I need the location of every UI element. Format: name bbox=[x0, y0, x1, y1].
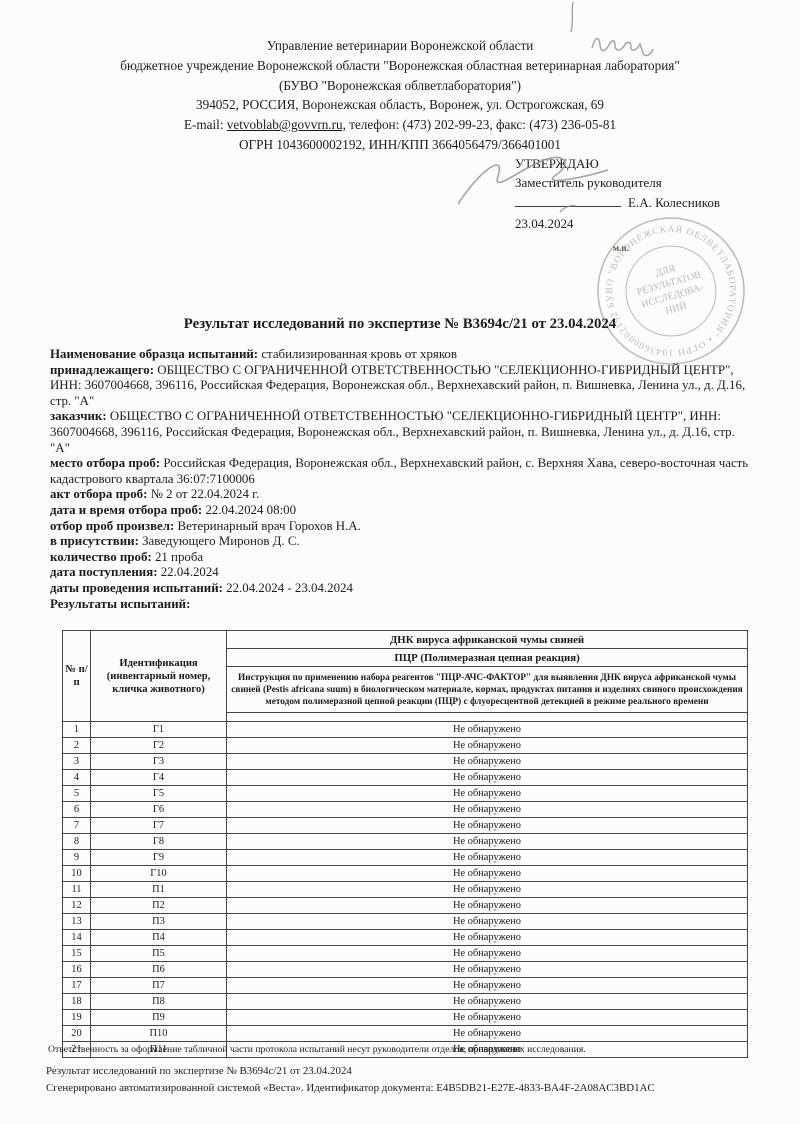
row-result: Не обнаружено bbox=[227, 1010, 748, 1026]
row-result: Не обнаружено bbox=[227, 866, 748, 882]
row-id: Г9 bbox=[91, 850, 227, 866]
table-row: 3Г3Не обнаружено bbox=[63, 754, 748, 770]
field-label: дата и время отбора проб: bbox=[50, 503, 202, 517]
row-result: Не обнаружено bbox=[227, 978, 748, 994]
row-id: П1 bbox=[91, 882, 227, 898]
row-number: 19 bbox=[63, 1010, 91, 1026]
row-result: Не обнаружено bbox=[227, 802, 748, 818]
row-id: П7 bbox=[91, 978, 227, 994]
field-line: Результаты испытаний: bbox=[50, 597, 752, 613]
row-id: Г4 bbox=[91, 770, 227, 786]
approver-position: Заместитель руководителя bbox=[515, 173, 720, 192]
row-number: 12 bbox=[63, 898, 91, 914]
table-row: 20П10Не обнаружено bbox=[63, 1026, 748, 1042]
row-number: 15 bbox=[63, 946, 91, 962]
table-row: 8Г8Не обнаружено bbox=[63, 834, 748, 850]
row-id: П10 bbox=[91, 1026, 227, 1042]
row-number: 7 bbox=[63, 818, 91, 834]
row-number: 10 bbox=[63, 866, 91, 882]
field-line: дата и время отбора проб: 22.04.2024 08:… bbox=[50, 503, 752, 519]
row-id: Г2 bbox=[91, 738, 227, 754]
stamp-center-line3: ИССЛЕДОВА- bbox=[640, 282, 704, 310]
signature-line bbox=[515, 195, 621, 207]
stamp-center-line2: РЕЗУЛЬТАТОВ bbox=[636, 269, 703, 298]
stamp-center-line4: НИЙ bbox=[664, 300, 688, 318]
field-label: принадлежащего: bbox=[50, 363, 154, 377]
email-link[interactable]: vetvoblab@govvrn.ru, bbox=[227, 117, 346, 132]
row-number: 18 bbox=[63, 994, 91, 1010]
phone-fax: телефон: (473) 202-99-23, факс: (473) 23… bbox=[349, 117, 616, 132]
row-result: Не обнаружено bbox=[227, 1026, 748, 1042]
field-line: в присутствии: Заведующего Миронов Д. С. bbox=[50, 534, 752, 550]
field-line: заказчик: ОБЩЕСТВО С ОГРАНИЧЕННОЙ ОТВЕТС… bbox=[50, 409, 752, 456]
column-header-spacer bbox=[227, 713, 748, 722]
org-header: Управление ветеринарии Воронежской облас… bbox=[0, 36, 800, 155]
table-row: 9Г9Не обнаружено bbox=[63, 850, 748, 866]
stamp-center-line1: ДЛЯ bbox=[654, 263, 677, 279]
row-id: П4 bbox=[91, 930, 227, 946]
table-row: 10Г10Не обнаружено bbox=[63, 866, 748, 882]
field-label: даты проведения испытаний: bbox=[50, 581, 223, 595]
row-id: П5 bbox=[91, 946, 227, 962]
row-number: 4 bbox=[63, 770, 91, 786]
stamp-place-mark: м.п. bbox=[613, 243, 629, 253]
table-row: 7Г7Не обнаружено bbox=[63, 818, 748, 834]
column-header-id: Идентификация (инвентарный номер, кличка… bbox=[91, 631, 227, 722]
row-result: Не обнаружено bbox=[227, 786, 748, 802]
approve-heading: УТВЕРЖДАЮ bbox=[515, 154, 720, 173]
results-table: № п/п Идентификация (инвентарный номер, … bbox=[62, 630, 748, 1058]
row-number: 8 bbox=[63, 834, 91, 850]
approval-block: УТВЕРЖДАЮ Заместитель руководителя Е.А. … bbox=[515, 154, 720, 233]
table-row: 1Г1Не обнаружено bbox=[63, 722, 748, 738]
row-id: Г6 bbox=[91, 802, 227, 818]
footer-block: Результат исследований по экспертизе № В… bbox=[46, 1063, 655, 1096]
row-result: Не обнаружено bbox=[227, 738, 748, 754]
table-row: 13П3Не обнаружено bbox=[63, 914, 748, 930]
field-line: отбор проб произвел: Ветеринарный врач Г… bbox=[50, 519, 752, 535]
row-result: Не обнаружено bbox=[227, 882, 748, 898]
row-number: 2 bbox=[63, 738, 91, 754]
row-id: Г7 bbox=[91, 818, 227, 834]
row-result: Не обнаружено bbox=[227, 850, 748, 866]
row-number: 16 bbox=[63, 962, 91, 978]
field-label: отбор проб произвел: bbox=[50, 519, 174, 533]
footer-generated-line: Сгенерировано автоматизированной системо… bbox=[46, 1080, 655, 1097]
row-result: Не обнаружено bbox=[227, 722, 748, 738]
row-number: 3 bbox=[63, 754, 91, 770]
field-label: акт отбора проб: bbox=[50, 487, 147, 501]
row-number: 9 bbox=[63, 850, 91, 866]
row-id: Г10 bbox=[91, 866, 227, 882]
results-tbody: 1Г1Не обнаружено2Г2Не обнаружено3Г3Не об… bbox=[63, 722, 748, 1058]
row-number: 6 bbox=[63, 802, 91, 818]
field-line: дата поступления: 22.04.2024 bbox=[50, 565, 752, 581]
row-result: Не обнаружено bbox=[227, 834, 748, 850]
row-number: 11 bbox=[63, 882, 91, 898]
org-contacts: E-mail: vetvoblab@govvrn.ru, телефон: (4… bbox=[0, 115, 800, 135]
document-title: Результат исследований по экспертизе № В… bbox=[0, 316, 800, 333]
signature-row: Е.А. Колесников bbox=[515, 193, 720, 212]
table-row: 16П6Не обнаружено bbox=[63, 962, 748, 978]
field-line: количество проб: 21 проба bbox=[50, 550, 752, 566]
row-number: 17 bbox=[63, 978, 91, 994]
table-row: 14П4Не обнаружено bbox=[63, 930, 748, 946]
row-result: Не обнаружено bbox=[227, 754, 748, 770]
table-row: 11П1Не обнаружено bbox=[63, 882, 748, 898]
column-header-instruction: Инструкция по применению набора реагенто… bbox=[227, 667, 748, 713]
approval-date: 23.04.2024 bbox=[515, 214, 574, 233]
table-row: 19П9Не обнаружено bbox=[63, 1010, 748, 1026]
row-id: П3 bbox=[91, 914, 227, 930]
org-ogrn: ОГРН 1043600002192, ИНН/КПП 3664056479/3… bbox=[0, 135, 800, 155]
field-label: заказчик: bbox=[50, 409, 107, 423]
row-id: П9 bbox=[91, 1010, 227, 1026]
row-result: Не обнаружено bbox=[227, 994, 748, 1010]
row-id: Г5 bbox=[91, 786, 227, 802]
row-result: Не обнаружено bbox=[227, 898, 748, 914]
field-label: количество проб: bbox=[50, 550, 152, 564]
row-result: Не обнаружено bbox=[227, 914, 748, 930]
row-id: П6 bbox=[91, 962, 227, 978]
field-line: Наименование образца испытаний: стабилиз… bbox=[50, 347, 752, 363]
table-row: 6Г6Не обнаружено bbox=[63, 802, 748, 818]
row-id: П2 bbox=[91, 898, 227, 914]
field-line: место отбора проб: Российская Федерация,… bbox=[50, 456, 752, 487]
table-row: 2Г2Не обнаружено bbox=[63, 738, 748, 754]
column-header-num: № п/п bbox=[63, 631, 91, 722]
fields-block: Наименование образца испытаний: стабилиз… bbox=[50, 347, 752, 612]
field-line: даты проведения испытаний: 22.04.2024 - … bbox=[50, 581, 752, 597]
table-row: 4Г4Не обнаружено bbox=[63, 770, 748, 786]
approver-name: Е.А. Колесников bbox=[628, 195, 720, 210]
table-row: 17П7Не обнаружено bbox=[63, 978, 748, 994]
table-row: 5Г5Не обнаружено bbox=[63, 786, 748, 802]
row-result: Не обнаружено bbox=[227, 946, 748, 962]
document-page: Управление ветеринарии Воронежской облас… bbox=[0, 0, 800, 1124]
table-row: 12П2Не обнаружено bbox=[63, 898, 748, 914]
table-header: № п/п Идентификация (инвентарный номер, … bbox=[63, 631, 748, 722]
table-row: 15П5Не обнаружено bbox=[63, 946, 748, 962]
row-id: Г1 bbox=[91, 722, 227, 738]
row-id: П8 bbox=[91, 994, 227, 1010]
row-result: Не обнаружено bbox=[227, 930, 748, 946]
table-footnote: Ответственность за оформление табличной … bbox=[48, 1044, 586, 1055]
row-id: Г3 bbox=[91, 754, 227, 770]
row-number: 5 bbox=[63, 786, 91, 802]
column-header-method: ПЦР (Полимеразная цепная реакция) bbox=[227, 649, 748, 667]
field-label: Результаты испытаний: bbox=[50, 597, 190, 611]
field-label: Наименование образца испытаний: bbox=[50, 347, 258, 361]
row-number: 1 bbox=[63, 722, 91, 738]
row-result: Не обнаружено bbox=[227, 818, 748, 834]
field-label: дата поступления: bbox=[50, 565, 158, 579]
row-result: Не обнаружено bbox=[227, 962, 748, 978]
column-header-analyte: ДНК вируса африканской чумы свиней bbox=[227, 631, 748, 649]
row-number: 13 bbox=[63, 914, 91, 930]
org-short-name: (БУВО "Воронежская облветлаборатория") bbox=[0, 76, 800, 96]
row-id: Г8 bbox=[91, 834, 227, 850]
field-label: место отбора проб: bbox=[50, 456, 160, 470]
row-number: 20 bbox=[63, 1026, 91, 1042]
footer-result-line: Результат исследований по экспертизе № В… bbox=[46, 1063, 655, 1080]
org-name: бюджетное учреждение Воронежской области… bbox=[0, 56, 800, 76]
row-number: 14 bbox=[63, 930, 91, 946]
row-result: Не обнаружено bbox=[227, 770, 748, 786]
field-line: принадлежащего: ОБЩЕСТВО С ОГРАНИЧЕННОЙ … bbox=[50, 363, 752, 410]
email-label: E-mail: bbox=[184, 117, 224, 132]
field-line: акт отбора проб: № 2 от 22.04.2024 г. bbox=[50, 487, 752, 503]
org-address: 394052, РОССИЯ, Воронежская область, Вор… bbox=[0, 95, 800, 115]
field-label: в присутствии: bbox=[50, 534, 139, 548]
table-row: 18П8Не обнаружено bbox=[63, 994, 748, 1010]
org-dept: Управление ветеринарии Воронежской облас… bbox=[0, 36, 800, 56]
